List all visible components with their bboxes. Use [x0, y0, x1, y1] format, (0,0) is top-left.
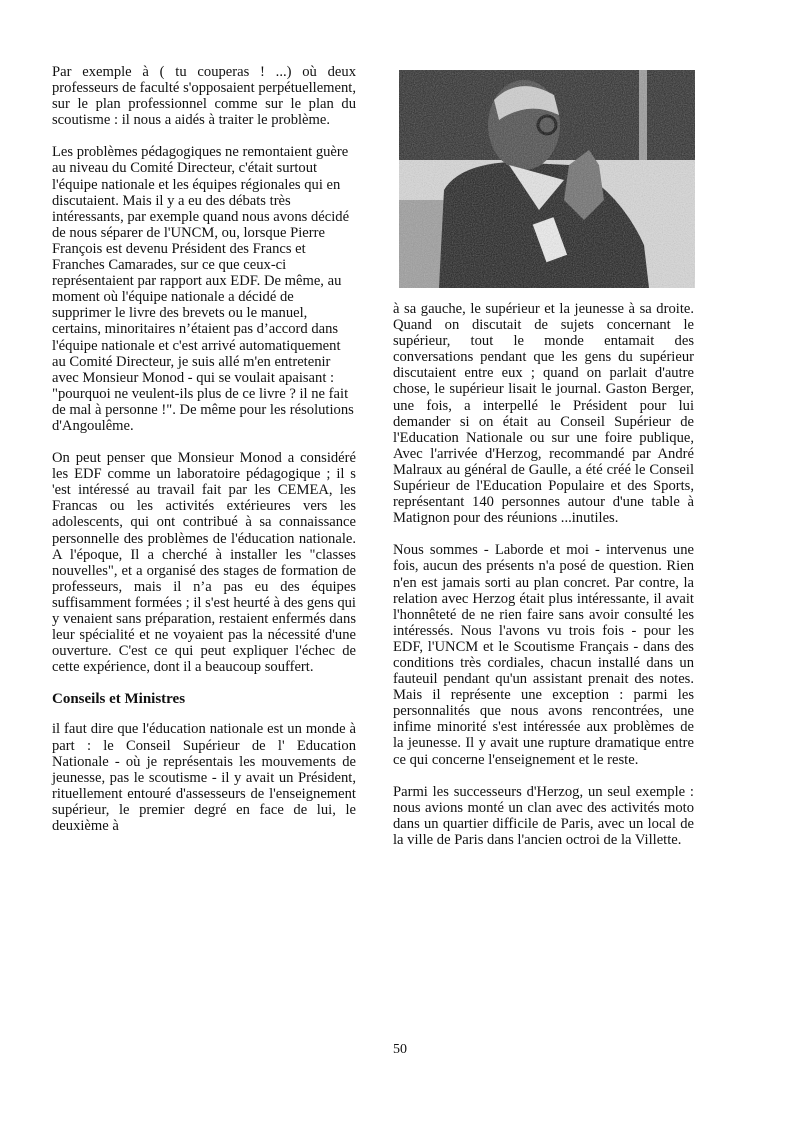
section-heading: Conseils et Ministres: [52, 691, 356, 707]
paragraph: On peut penser que Monsieur Monod a cons…: [52, 450, 356, 675]
paragraph: il faut dire que l'éducation nationale e…: [52, 721, 356, 834]
left-column: Par exemple à ( tu couperas ! ...) où de…: [52, 64, 356, 850]
paragraph: à sa gauche, le supérieur et la jeunesse…: [393, 301, 694, 526]
paragraph: Parmi les successeurs d'Herzog, un seul …: [393, 784, 694, 848]
paragraph: Nous sommes - Laborde et moi - intervenu…: [393, 542, 694, 767]
right-column: à sa gauche, le supérieur et la jeunesse…: [393, 301, 694, 864]
paragraph: Les problèmes pédagogiques ne remontaien…: [52, 144, 356, 434]
portrait-image: [399, 70, 695, 288]
page-number: 50: [0, 1042, 800, 1058]
paragraph: Par exemple à ( tu couperas ! ...) où de…: [52, 64, 356, 128]
portrait-photo: [399, 70, 695, 288]
